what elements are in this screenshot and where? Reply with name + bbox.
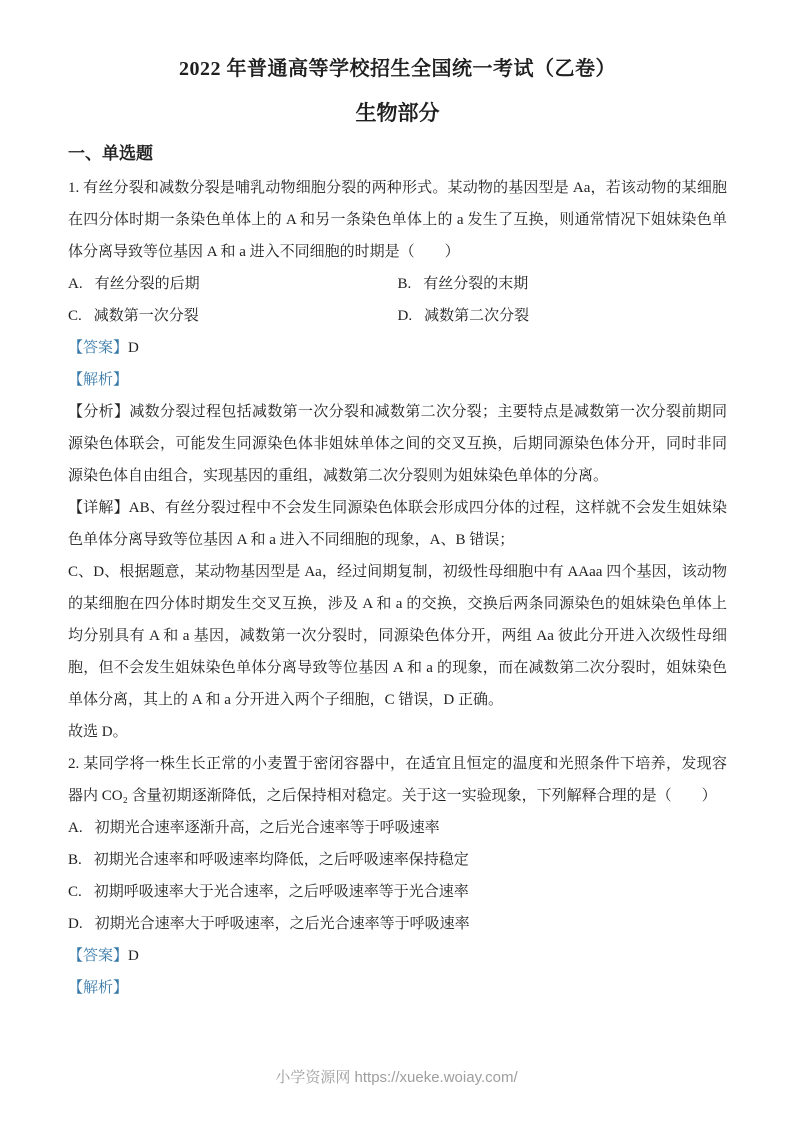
question-2-option-c: C. 初期呼吸速率大于光合速率，之后呼吸速率等于光合速率 <box>68 876 727 908</box>
question-2-options: A. 初期光合速率逐渐升高，之后光合速率等于呼吸速率 B. 初期光合速率和呼吸速… <box>68 812 727 940</box>
answer-label: 【答案】 <box>68 340 128 356</box>
question-1-analysis-heading: 【解析】 <box>68 364 727 396</box>
question-1-options: A. 有丝分裂的后期 B. 有丝分裂的末期 C. 减数第一次分裂 D. 减数第二… <box>68 268 727 332</box>
option-label: B. <box>398 268 412 300</box>
question-1-option-c: C. 减数第一次分裂 <box>68 300 398 332</box>
question-1-option-b: B. 有丝分裂的末期 <box>398 268 728 300</box>
question-1-option-d: D. 减数第二次分裂 <box>398 300 728 332</box>
question-2-option-b: B. 初期光合速率和呼吸速率均降低，之后呼吸速率保持稳定 <box>68 844 727 876</box>
option-label: B. <box>68 844 82 876</box>
option-label: D. <box>398 300 413 332</box>
option-text: 初期光合速率逐渐升高，之后光合速率等于呼吸速率 <box>95 812 440 844</box>
answer-value: D <box>128 948 139 964</box>
question-1-analysis: 【分析】减数分裂过程包括减数第一次分裂和减数第二次分裂；主要特点是减数第一次分裂… <box>68 396 727 492</box>
question-1-answer-line: 【答案】D <box>68 332 727 364</box>
question-2-option-d: D. 初期光合速率大于呼吸速率，之后光合速率等于呼吸速率 <box>68 908 727 940</box>
option-label: D. <box>68 908 83 940</box>
question-2-analysis-heading: 【解析】 <box>68 972 727 1004</box>
option-text: 有丝分裂的末期 <box>423 268 528 300</box>
document-title: 2022 年普通高等学校招生全国统一考试（乙卷） <box>68 54 727 84</box>
question-2-answer-line: 【答案】D <box>68 940 727 972</box>
answer-label: 【答案】 <box>68 948 128 964</box>
footer-watermark: 小学资源网 https://xueke.woiay.com/ <box>0 1068 793 1088</box>
analysis-label: 【解析】 <box>68 980 128 996</box>
option-label: C. <box>68 300 82 332</box>
question-2-option-a: A. 初期光合速率逐渐升高，之后光合速率等于呼吸速率 <box>68 812 727 844</box>
question-1-conclusion: 故选 D。 <box>68 716 727 748</box>
section-header: 一、单选题 <box>68 140 727 168</box>
option-text: 减数第二次分裂 <box>424 300 529 332</box>
option-label: A. <box>68 268 83 300</box>
option-label: A. <box>68 812 83 844</box>
question-1-detail-1: 【详解】AB、有丝分裂过程中不会发生同源染色体联会形成四分体的过程，这样就不会发… <box>68 492 727 556</box>
document-subtitle: 生物部分 <box>68 98 727 128</box>
option-text: 初期光合速率和呼吸速率均降低，之后呼吸速率保持稳定 <box>94 844 469 876</box>
question-1-detail-2: C、D、根据题意，某动物基因型是 Aa，经过间期复制，初级性母细胞中有 AAaa… <box>68 556 727 716</box>
analysis-label: 【解析】 <box>68 372 128 388</box>
option-text: 有丝分裂的后期 <box>95 268 200 300</box>
option-text: 减数第一次分裂 <box>94 300 199 332</box>
answer-value: D <box>128 340 139 356</box>
option-label: C. <box>68 876 82 908</box>
document-page: 2022 年普通高等学校招生全国统一考试（乙卷） 生物部分 一、单选题 1. 有… <box>0 0 793 1004</box>
question-1-option-a: A. 有丝分裂的后期 <box>68 268 398 300</box>
option-text: 初期光合速率大于呼吸速率，之后光合速率等于呼吸速率 <box>95 908 470 940</box>
question-2-stem: 2. 某同学将一株生长正常的小麦置于密闭容器中，在适宜且恒定的温度和光照条件下培… <box>68 748 727 812</box>
footer-text: 小学资源网 https://xueke.woiay.com/ <box>275 1069 517 1086</box>
question-1-stem: 1. 有丝分裂和减数分裂是哺乳动物细胞分裂的两种形式。某动物的基因型是 Aa，若… <box>68 172 727 268</box>
option-text: 初期呼吸速率大于光合速率，之后呼吸速率等于光合速率 <box>94 876 469 908</box>
